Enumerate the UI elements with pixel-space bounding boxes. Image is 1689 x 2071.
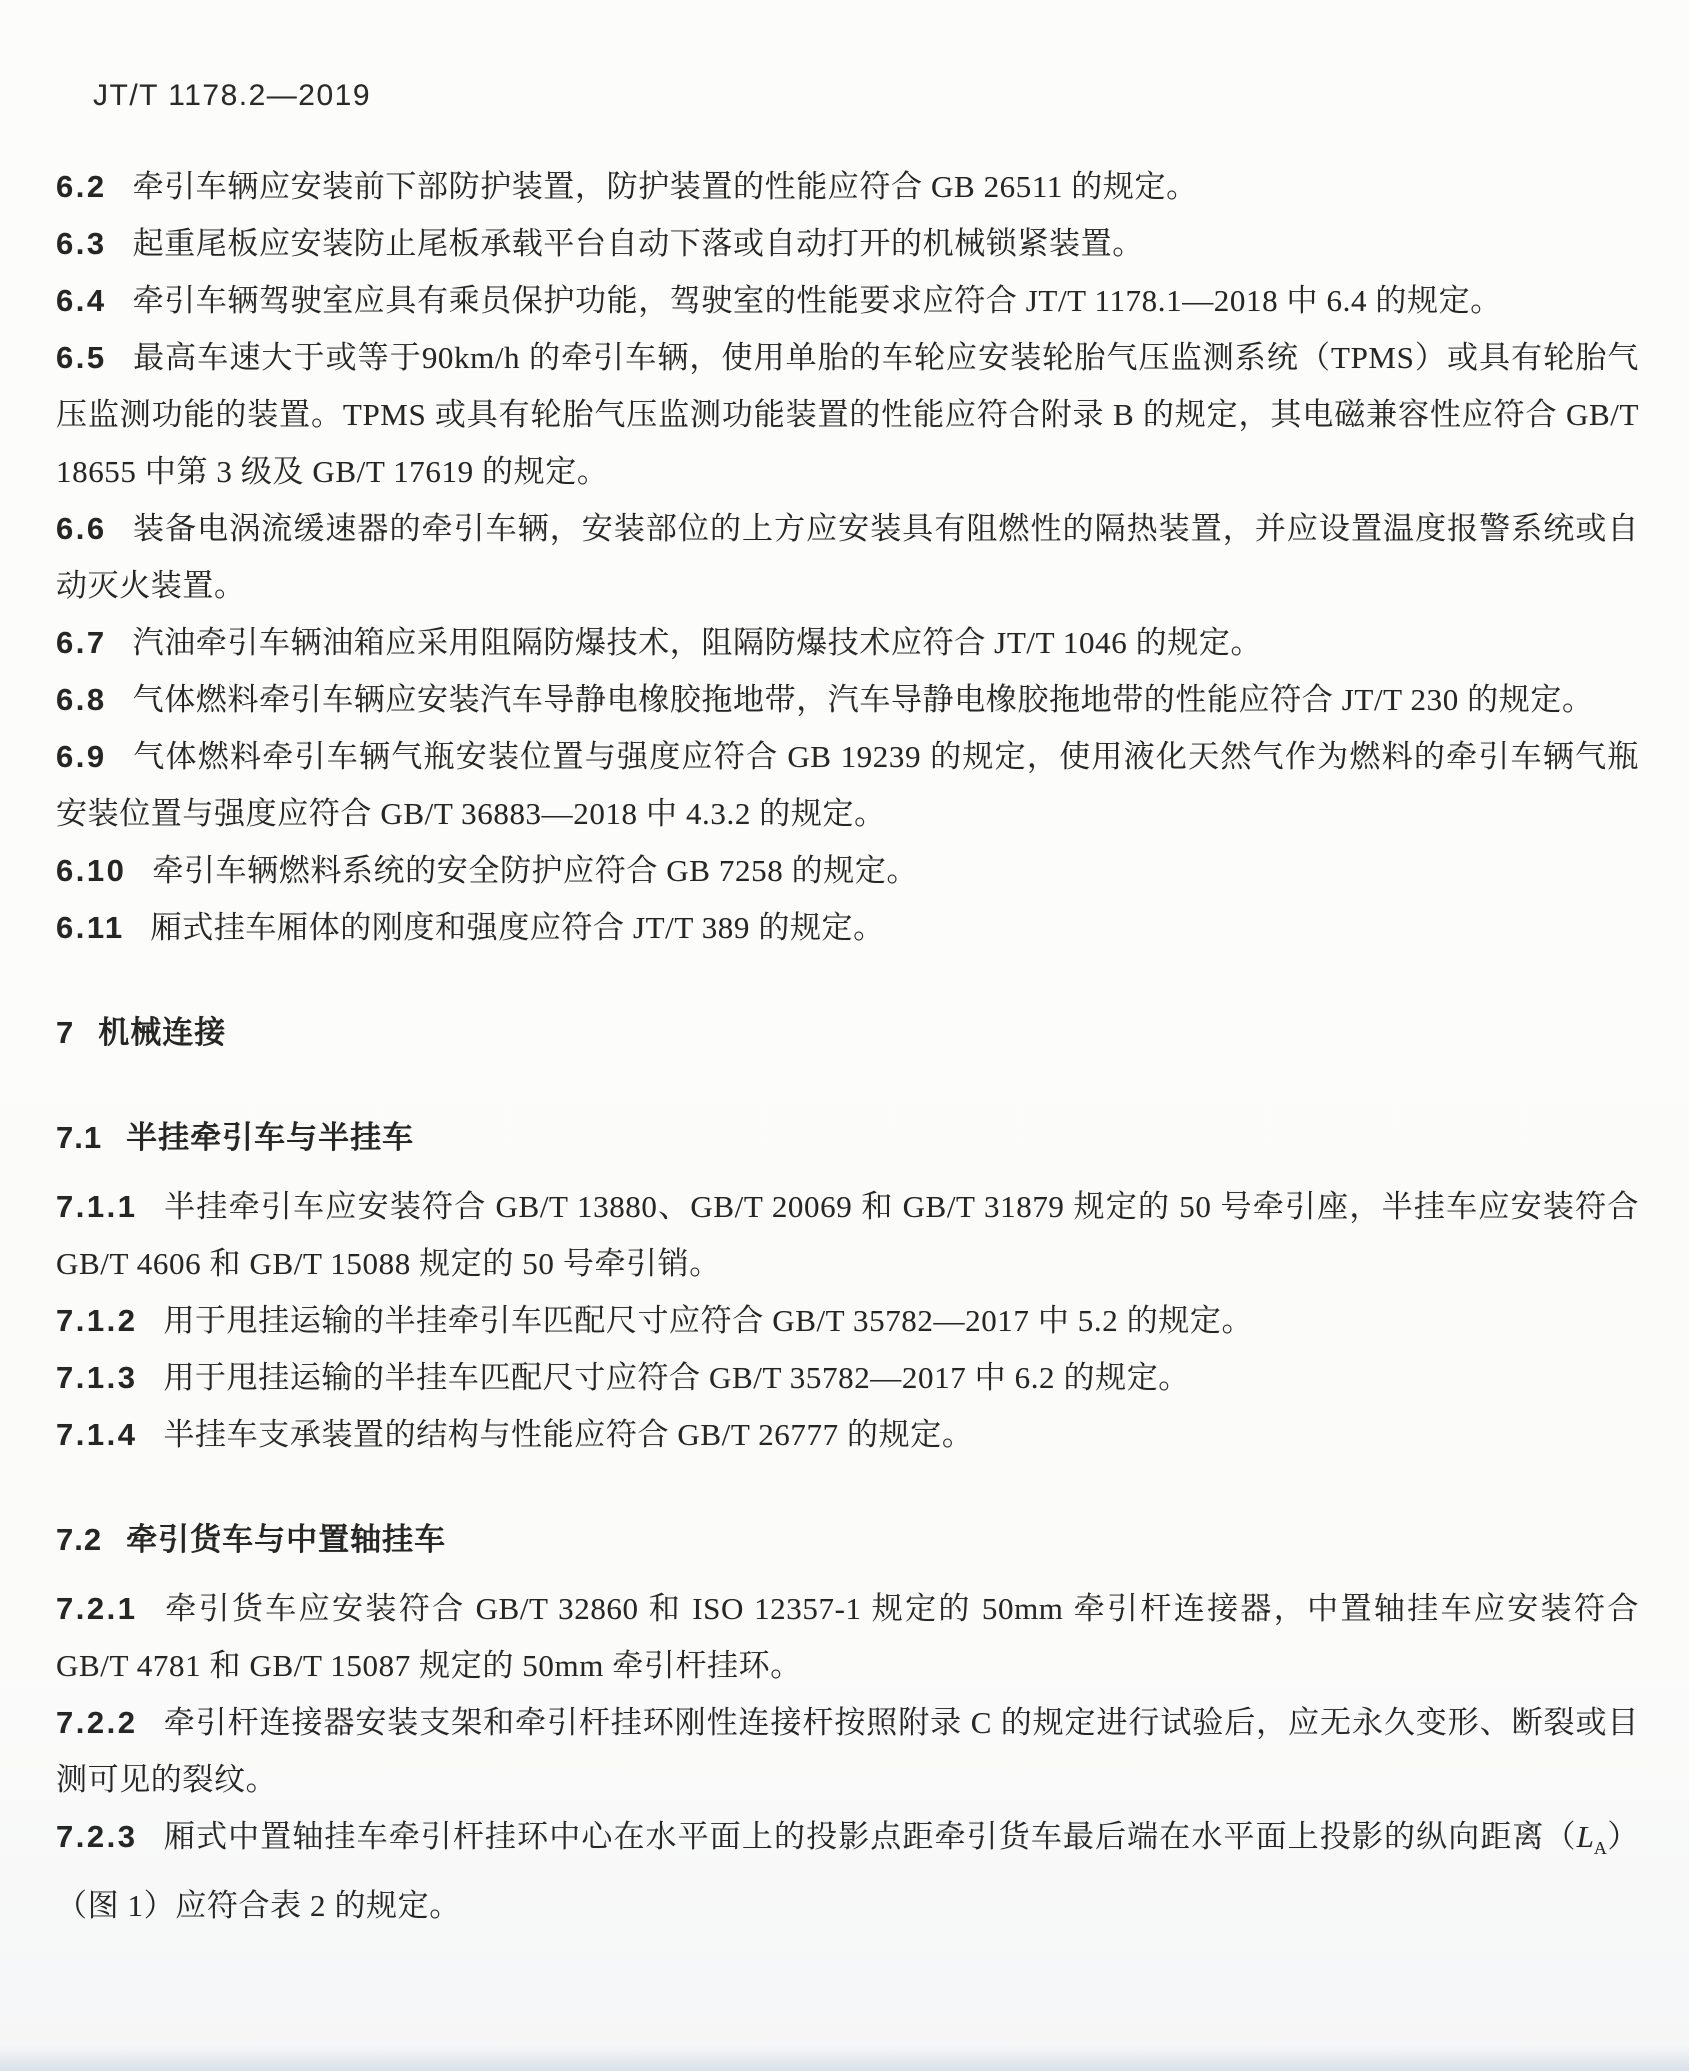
clause-text: 半挂牵引车应安装符合 GB/T 13880、GB/T 20069 和 GB/T … — [56, 1189, 1639, 1281]
subsection-title: 半挂牵引车与半挂车 — [126, 1120, 414, 1155]
variable-symbol-LA: L — [1577, 1819, 1594, 1854]
clause-number: 6.11 — [56, 910, 125, 945]
clause-6-6: 6.6装备电涡流缓速器的牵引车辆，安装部位的上方应安装具有阻燃性的隔热装置，并应… — [56, 500, 1639, 614]
subsection-7-1-heading: 7.1半挂牵引车与半挂车 — [56, 1109, 1639, 1166]
clause-text: 牵引车辆驾驶室应具有乘员保护功能，驾驶室的性能要求应符合 JT/T 1178.1… — [133, 283, 1502, 318]
document-body: JT/T 1178.2—2019 6.2牵引车辆应安装前下部防护装置，防护装置的… — [0, 0, 1689, 1934]
clause-7-2-3: 7.2.3厢式中置轴挂车牵引杆挂环中心在水平面上的投影点距牵引货车最后端在水平面… — [56, 1808, 1639, 1934]
clause-number: 6.9 — [56, 739, 107, 774]
clause-number: 7.1.1 — [56, 1189, 137, 1224]
clause-number: 6.5 — [56, 340, 107, 375]
clause-7-1-4: 7.1.4半挂车支承装置的结构与性能应符合 GB/T 26777 的规定。 — [56, 1406, 1639, 1463]
section-7-heading: 7机械连接 — [56, 1004, 1639, 1061]
standard-number-header: JT/T 1178.2—2019 — [93, 78, 1639, 114]
document-page: JT/T 1178.2—2019 6.2牵引车辆应安装前下部防护装置，防护装置的… — [0, 0, 1689, 2071]
clause-number: 7.1.2 — [56, 1303, 137, 1338]
section-number: 7 — [56, 1015, 74, 1050]
clause-7-1-3: 7.1.3用于甩挂运输的半挂车匹配尺寸应符合 GB/T 35782—2017 中… — [56, 1349, 1639, 1406]
clause-6-8: 6.8气体燃料牵引车辆应安装汽车导静电橡胶拖地带，汽车导静电橡胶拖地带的性能应符… — [56, 671, 1639, 728]
clause-number: 7.1.4 — [56, 1417, 137, 1452]
clause-text: 牵引货车应安装符合 GB/T 32860 和 ISO 12357-1 规定的 5… — [56, 1591, 1639, 1683]
clause-number: 7.2.3 — [56, 1819, 137, 1854]
clause-text: 厢式挂车厢体的刚度和强度应符合 JT/T 389 的规定。 — [151, 910, 885, 945]
clause-text: 汽油牵引车辆油箱应采用阻隔防爆技术，阻隔防爆技术应符合 JT/T 1046 的规… — [133, 625, 1262, 660]
subsection-number: 7.2 — [56, 1522, 102, 1557]
clause-number: 7.2.2 — [56, 1705, 137, 1740]
clause-7-1-1: 7.1.1半挂牵引车应安装符合 GB/T 13880、GB/T 20069 和 … — [56, 1178, 1639, 1292]
clause-text: 半挂车支承装置的结构与性能应符合 GB/T 26777 的规定。 — [163, 1417, 973, 1452]
clause-number: 6.4 — [56, 283, 107, 318]
clause-6-10: 6.10牵引车辆燃料系统的安全防护应符合 GB 7258 的规定。 — [56, 842, 1639, 899]
clause-text: 牵引车辆燃料系统的安全防护应符合 GB 7258 的规定。 — [152, 853, 918, 888]
clause-7-2-2: 7.2.2牵引杆连接器安装支架和牵引杆挂环刚性连接杆按照附录 C 的规定进行试验… — [56, 1694, 1639, 1808]
clause-number: 6.3 — [56, 226, 107, 261]
clause-number: 6.8 — [56, 682, 107, 717]
clause-text: 牵引杆连接器安装支架和牵引杆挂环刚性连接杆按照附录 C 的规定进行试验后，应无永… — [56, 1705, 1639, 1797]
clause-text-part1: 厢式中置轴挂车牵引杆挂环中心在水平面上的投影点距牵引货车最后端在水平面上投影的纵… — [163, 1819, 1576, 1854]
clause-7-1-2: 7.1.2用于甩挂运输的半挂牵引车匹配尺寸应符合 GB/T 35782—2017… — [56, 1292, 1639, 1349]
section-title: 机械连接 — [98, 1015, 226, 1050]
clause-6-9: 6.9气体燃料牵引车辆气瓶安装位置与强度应符合 GB 19239 的规定，使用液… — [56, 728, 1639, 842]
clause-6-5: 6.5最高车速大于或等于90km/h 的牵引车辆，使用单胎的车轮应安装轮胎气压监… — [56, 329, 1639, 500]
clause-7-2-1: 7.2.1牵引货车应安装符合 GB/T 32860 和 ISO 12357-1 … — [56, 1580, 1639, 1694]
clause-number: 6.6 — [56, 511, 107, 546]
subsection-number: 7.1 — [56, 1120, 102, 1155]
clause-text: 用于甩挂运输的半挂车匹配尺寸应符合 GB/T 35782—2017 中 6.2 … — [163, 1360, 1189, 1395]
clause-6-3: 6.3起重尾板应安装防止尾板承载平台自动下落或自动打开的机械锁紧装置。 — [56, 215, 1639, 272]
clause-6-4: 6.4牵引车辆驾驶室应具有乘员保护功能，驾驶室的性能要求应符合 JT/T 117… — [56, 272, 1639, 329]
clause-6-11: 6.11厢式挂车厢体的刚度和强度应符合 JT/T 389 的规定。 — [56, 899, 1639, 956]
subsection-7-2-heading: 7.2牵引货车与中置轴挂车 — [56, 1511, 1639, 1568]
subsection-title: 牵引货车与中置轴挂车 — [126, 1522, 446, 1557]
clause-number: 7.2.1 — [56, 1591, 137, 1626]
variable-subscript: A — [1594, 1838, 1607, 1858]
clause-text: 气体燃料牵引车辆应安装汽车导静电橡胶拖地带，汽车导静电橡胶拖地带的性能应符合 J… — [133, 682, 1594, 717]
clause-text: 起重尾板应安装防止尾板承载平台自动下落或自动打开的机械锁紧装置。 — [133, 226, 1144, 261]
clause-6-2: 6.2牵引车辆应安装前下部防护装置，防护装置的性能应符合 GB 26511 的规… — [56, 158, 1639, 215]
clause-number: 6.10 — [56, 853, 126, 888]
clause-text: 牵引车辆应安装前下部防护装置，防护装置的性能应符合 GB 26511 的规定。 — [133, 169, 1198, 204]
clause-number: 6.2 — [56, 169, 107, 204]
clause-number: 7.1.3 — [56, 1360, 137, 1395]
clause-text: 用于甩挂运输的半挂牵引车匹配尺寸应符合 GB/T 35782—2017 中 5.… — [163, 1303, 1253, 1338]
clause-text: 气体燃料牵引车辆气瓶安装位置与强度应符合 GB 19239 的规定，使用液化天然… — [56, 739, 1639, 831]
clause-text: 最高车速大于或等于90km/h 的牵引车辆，使用单胎的车轮应安装轮胎气压监测系统… — [56, 340, 1639, 489]
clause-text: 装备电涡流缓速器的牵引车辆，安装部位的上方应安装具有阻燃性的隔热装置，并应设置温… — [56, 511, 1639, 603]
clause-6-7: 6.7汽油牵引车辆油箱应采用阻隔防爆技术，阻隔防爆技术应符合 JT/T 1046… — [56, 614, 1639, 671]
clause-number: 6.7 — [56, 625, 107, 660]
